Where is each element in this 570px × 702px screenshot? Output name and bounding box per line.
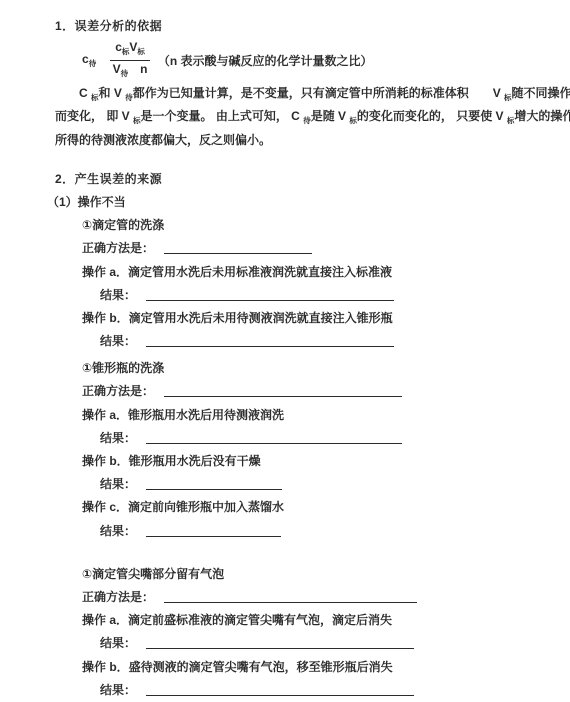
section-1-heading: 1．误差分析的依据 [55, 15, 558, 38]
result-row: 结果： [100, 520, 558, 543]
result-label: 结果： [100, 524, 136, 538]
operation-label: 操作 a．滴定前盛标准液的滴定管尖嘴有气泡，滴定后消失 [82, 609, 558, 632]
formula-lhs: c待 [82, 52, 96, 69]
worksheet-page: 1．误差分析的依据 c待 c标V标 V待 n （n 表示酸与碱反应的化学计量数之… [0, 0, 570, 702]
paragraph-line: C 标和 V 待都作为已知量计算，是不变量，只有滴定管中所消耗的标准体积 V 标… [55, 82, 558, 105]
subsection-heading: （1）操作不当 [47, 191, 558, 214]
block-title: ①滴定管尖嘴部分留有气泡 [82, 563, 558, 586]
method-row: 正确方法是： [82, 237, 558, 260]
method-row: 正确方法是： [82, 586, 558, 609]
blocks-host: ①滴定管的洗涤 正确方法是： 操作 a．滴定管用水洗后未用标准液润洗就直接注入标… [55, 214, 558, 702]
result-label: 结果： [100, 636, 136, 650]
question-block: ①滴定管的洗涤 正确方法是： 操作 a．滴定管用水洗后未用标准液润洗就直接注入标… [55, 214, 558, 353]
result-label: 结果： [100, 334, 136, 348]
paragraph: C 标和 V 待都作为已知量计算，是不变量，只有滴定管中所消耗的标准体积 V 标… [55, 82, 558, 152]
paragraph-line: 所得的待测液浓度都偏大，反之则偏小。 [55, 129, 558, 152]
result-row: 结果： [100, 330, 558, 353]
result-row: 结果： [100, 427, 558, 450]
method-blank [164, 383, 402, 397]
operation: 操作 b．锥形瓶用水洗后没有干燥 结果： [55, 450, 558, 496]
result-blank [146, 682, 414, 696]
operation: 操作 a．锥形瓶用水洗后用待测液润洗 结果： [55, 404, 558, 450]
operation: 操作 c．滴定前向锥形瓶中加入蒸馏水 结果： [55, 496, 558, 542]
operation: 操作 a．滴定前盛标准液的滴定管尖嘴有气泡，滴定后消失 结果： [55, 609, 558, 655]
result-label: 结果： [100, 431, 136, 445]
fraction-numerator: c标V标 [110, 40, 150, 61]
result-blank [146, 333, 394, 347]
result-row: 结果： [100, 284, 558, 307]
operation-label: 操作 b．盛待测液的滴定管尖嘴有气泡，移至锥形瓶后消失 [82, 656, 558, 679]
result-row: 结果： [100, 679, 558, 702]
fraction: c标V标 V待 n [110, 40, 150, 81]
operation-label: 操作 a．锥形瓶用水洗后用待测液润洗 [82, 404, 558, 427]
result-blank [146, 635, 414, 649]
fraction-denominator: V待 n [110, 61, 150, 81]
method-blank [164, 589, 417, 603]
method-label: 正确方法是： [82, 590, 154, 604]
method-label: 正确方法是： [82, 241, 154, 255]
result-blank [146, 476, 282, 490]
section-2: 2．产生误差的来源 （1）操作不当 ①滴定管的洗涤 正确方法是： 操作 a．滴定… [55, 168, 558, 702]
question-block: ①锥形瓶的洗涤 正确方法是： 操作 a．锥形瓶用水洗后用待测液润洗 结果： 操作… [55, 357, 558, 543]
operation: 操作 b．盛待测液的滴定管尖嘴有气泡，移至锥形瓶后消失 结果： [55, 656, 558, 702]
ops-host: 操作 a．滴定前盛标准液的滴定管尖嘴有气泡，滴定后消失 结果： 操作 b．盛待测… [55, 609, 558, 702]
paragraph-line: 而变化， 即 V 标是一个变量。 由上式可知， C 待是随 V 标的变化而变化的… [55, 105, 558, 128]
operation-label: 操作 c．滴定前向锥形瓶中加入蒸馏水 [82, 496, 558, 519]
question-block: ①滴定管尖嘴部分留有气泡 正确方法是： 操作 a．滴定前盛标准液的滴定管尖嘴有气… [55, 563, 558, 702]
section-2-heading: 2．产生误差的来源 [55, 168, 558, 191]
result-blank [146, 287, 394, 301]
method-blank [164, 240, 312, 254]
operation: 操作 b．滴定管用水洗后未用待测液润洗就直接注入锥形瓶 结果： [55, 307, 558, 353]
operation-label: 操作 b．滴定管用水洗后未用待测液润洗就直接注入锥形瓶 [82, 307, 558, 330]
operation-label: 操作 b．锥形瓶用水洗后没有干燥 [82, 450, 558, 473]
result-blank [146, 523, 281, 537]
method-label: 正确方法是： [82, 384, 154, 398]
formula-note: （n 表示酸与碱反应的化学计量数之比） [158, 52, 373, 69]
result-row: 结果： [100, 473, 558, 496]
result-row: 结果： [100, 632, 558, 655]
result-label: 结果： [100, 477, 136, 491]
operation-label: 操作 a．滴定管用水洗后未用标准液润洗就直接注入标准液 [82, 261, 558, 284]
ops-host: 操作 a．滴定管用水洗后未用标准液润洗就直接注入标准液 结果： 操作 b．滴定管… [55, 261, 558, 354]
block-title: ①锥形瓶的洗涤 [82, 357, 558, 380]
ops-host: 操作 a．锥形瓶用水洗后用待测液润洗 结果： 操作 b．锥形瓶用水洗后没有干燥 … [55, 404, 558, 543]
formula: c待 c标V标 V待 n （n 表示酸与碱反应的化学计量数之比） [82, 38, 558, 82]
block-title: ①滴定管的洗涤 [82, 214, 558, 237]
operation: 操作 a．滴定管用水洗后未用标准液润洗就直接注入标准液 结果： [55, 261, 558, 307]
result-label: 结果： [100, 288, 136, 302]
method-row: 正确方法是： [82, 380, 558, 403]
result-blank [146, 430, 402, 444]
result-label: 结果： [100, 683, 136, 697]
